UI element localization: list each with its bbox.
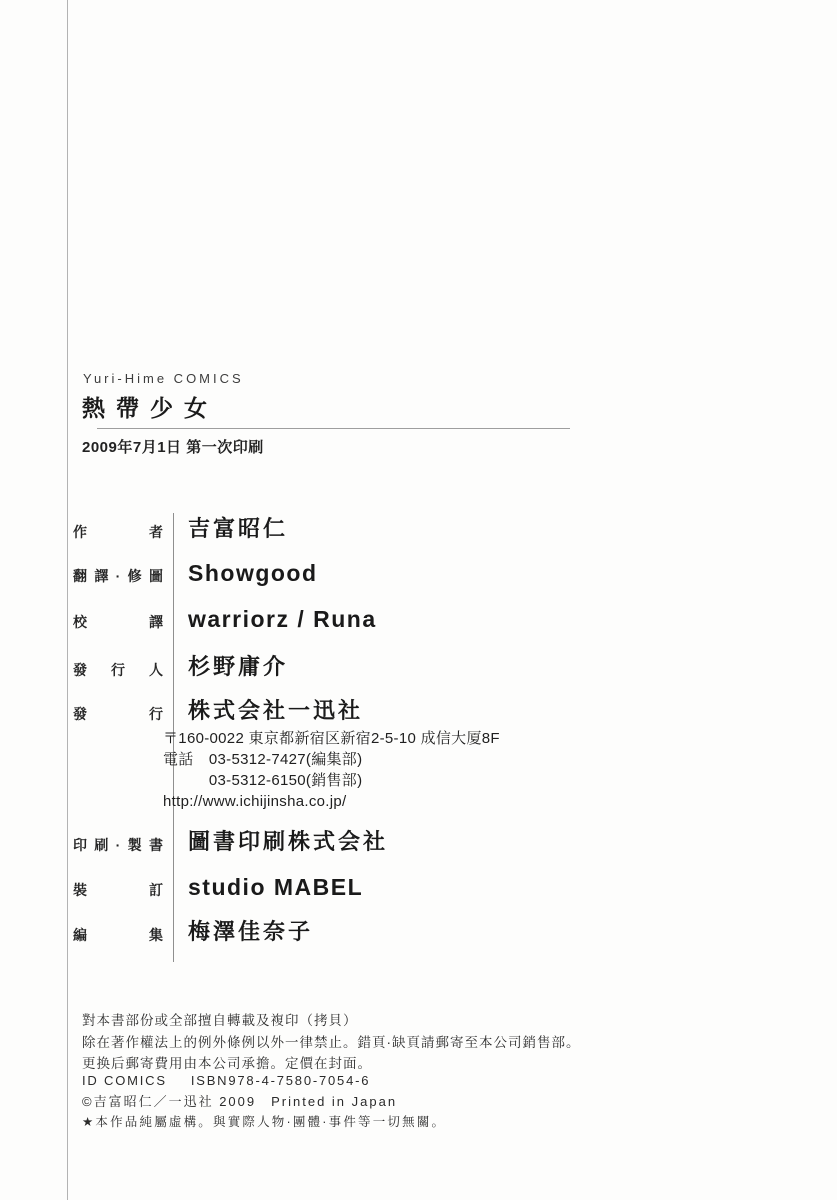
credit-row-proofreading: 校譯 warriorz / Runa	[73, 607, 377, 632]
id-comics-label: ID COMICS	[82, 1073, 167, 1088]
credit-row-translation: 翻譯·修圖 Showgood	[73, 561, 318, 586]
credit-label: 作者	[73, 517, 163, 542]
colophon-page: Yuri-Hime COMICS 熱帶少女 2009年7月1日 第一次印刷 作者…	[0, 0, 837, 1200]
publisher-address: 〒160-0022 東京都新宿区新宿2-5-10 成信大厦8F	[163, 728, 500, 749]
credit-value: 梅澤佳奈子	[188, 920, 313, 944]
credit-value: Showgood	[188, 561, 318, 586]
credit-row-publishing-company: 發行 株式会社一迅社 〒160-0022 東京都新宿区新宿2-5-10 成信大厦…	[73, 699, 500, 812]
credit-row-binding: 裝訂 studio MABEL	[73, 875, 363, 900]
credit-label: 翻譯·修圖	[73, 561, 163, 586]
publisher-url: http://www.ichijinsha.co.jp/	[163, 791, 500, 812]
publisher-name: 株式会社一迅社	[188, 699, 500, 723]
notice-line: 除在著作權法上的例外條例以外一律禁止。錯頁·缺頁請郵寄至本公司銷售部。	[82, 1032, 581, 1054]
credit-label: 裝訂	[73, 875, 163, 900]
copyright-line: ©吉富昭仁／一迅社 2009 Printed in Japan	[82, 1091, 397, 1110]
notice-line: 更换后郵寄費用由本公司承擔。定價在封面。	[82, 1053, 581, 1075]
print-date: 2009年7月1日 第一次印刷	[82, 436, 264, 457]
credit-row-publisher-person: 發行人 杉野庸介	[73, 655, 288, 680]
series-label: Yuri-Hime COMICS	[83, 371, 244, 386]
book-title: 熱帶少女	[82, 390, 218, 423]
imprint-id-line: ID COMICSISBN978-4-7580-7054-6	[82, 1073, 370, 1088]
credit-label: 編集	[73, 920, 163, 945]
credit-row-author: 作者 吉富昭仁	[73, 517, 288, 542]
credit-row-editing: 編集 梅澤佳奈子	[73, 920, 313, 945]
credit-label: 校譯	[73, 607, 163, 632]
credit-value: 圖書印刷株式会社	[188, 830, 388, 854]
credit-value: warriorz / Runa	[188, 607, 377, 632]
credit-label: 印刷·製書	[73, 830, 163, 855]
credit-label: 發行人	[73, 655, 163, 680]
notice-line: 對本書部份或全部擅自轉載及複印（拷貝）	[82, 1010, 581, 1032]
title-underline	[97, 428, 570, 429]
copyright-notice: 對本書部份或全部擅自轉載及複印（拷貝） 除在著作權法上的例外條例以外一律禁止。錯…	[82, 1010, 581, 1075]
credit-value: 吉富昭仁	[188, 517, 288, 541]
publisher-tel-editorial: 電話 03-5312-7427(編集部)	[163, 749, 500, 770]
publisher-tel-sales: 03-5312-6150(銷售部)	[163, 770, 500, 791]
publisher-details: 〒160-0022 東京都新宿区新宿2-5-10 成信大厦8F 電話 03-53…	[163, 728, 500, 812]
credit-value: 杉野庸介	[188, 655, 288, 679]
credit-row-printing: 印刷·製書 圖書印刷株式会社	[73, 830, 388, 855]
page-margin-rule	[67, 0, 68, 1200]
fiction-disclaimer: ★本作品純屬虛構。與實際人物·團體·事件等一切無關。	[82, 1112, 446, 1130]
credit-label: 發行	[73, 699, 163, 724]
credit-value: studio MABEL	[188, 875, 363, 900]
isbn-number: ISBN978-4-7580-7054-6	[191, 1073, 370, 1088]
